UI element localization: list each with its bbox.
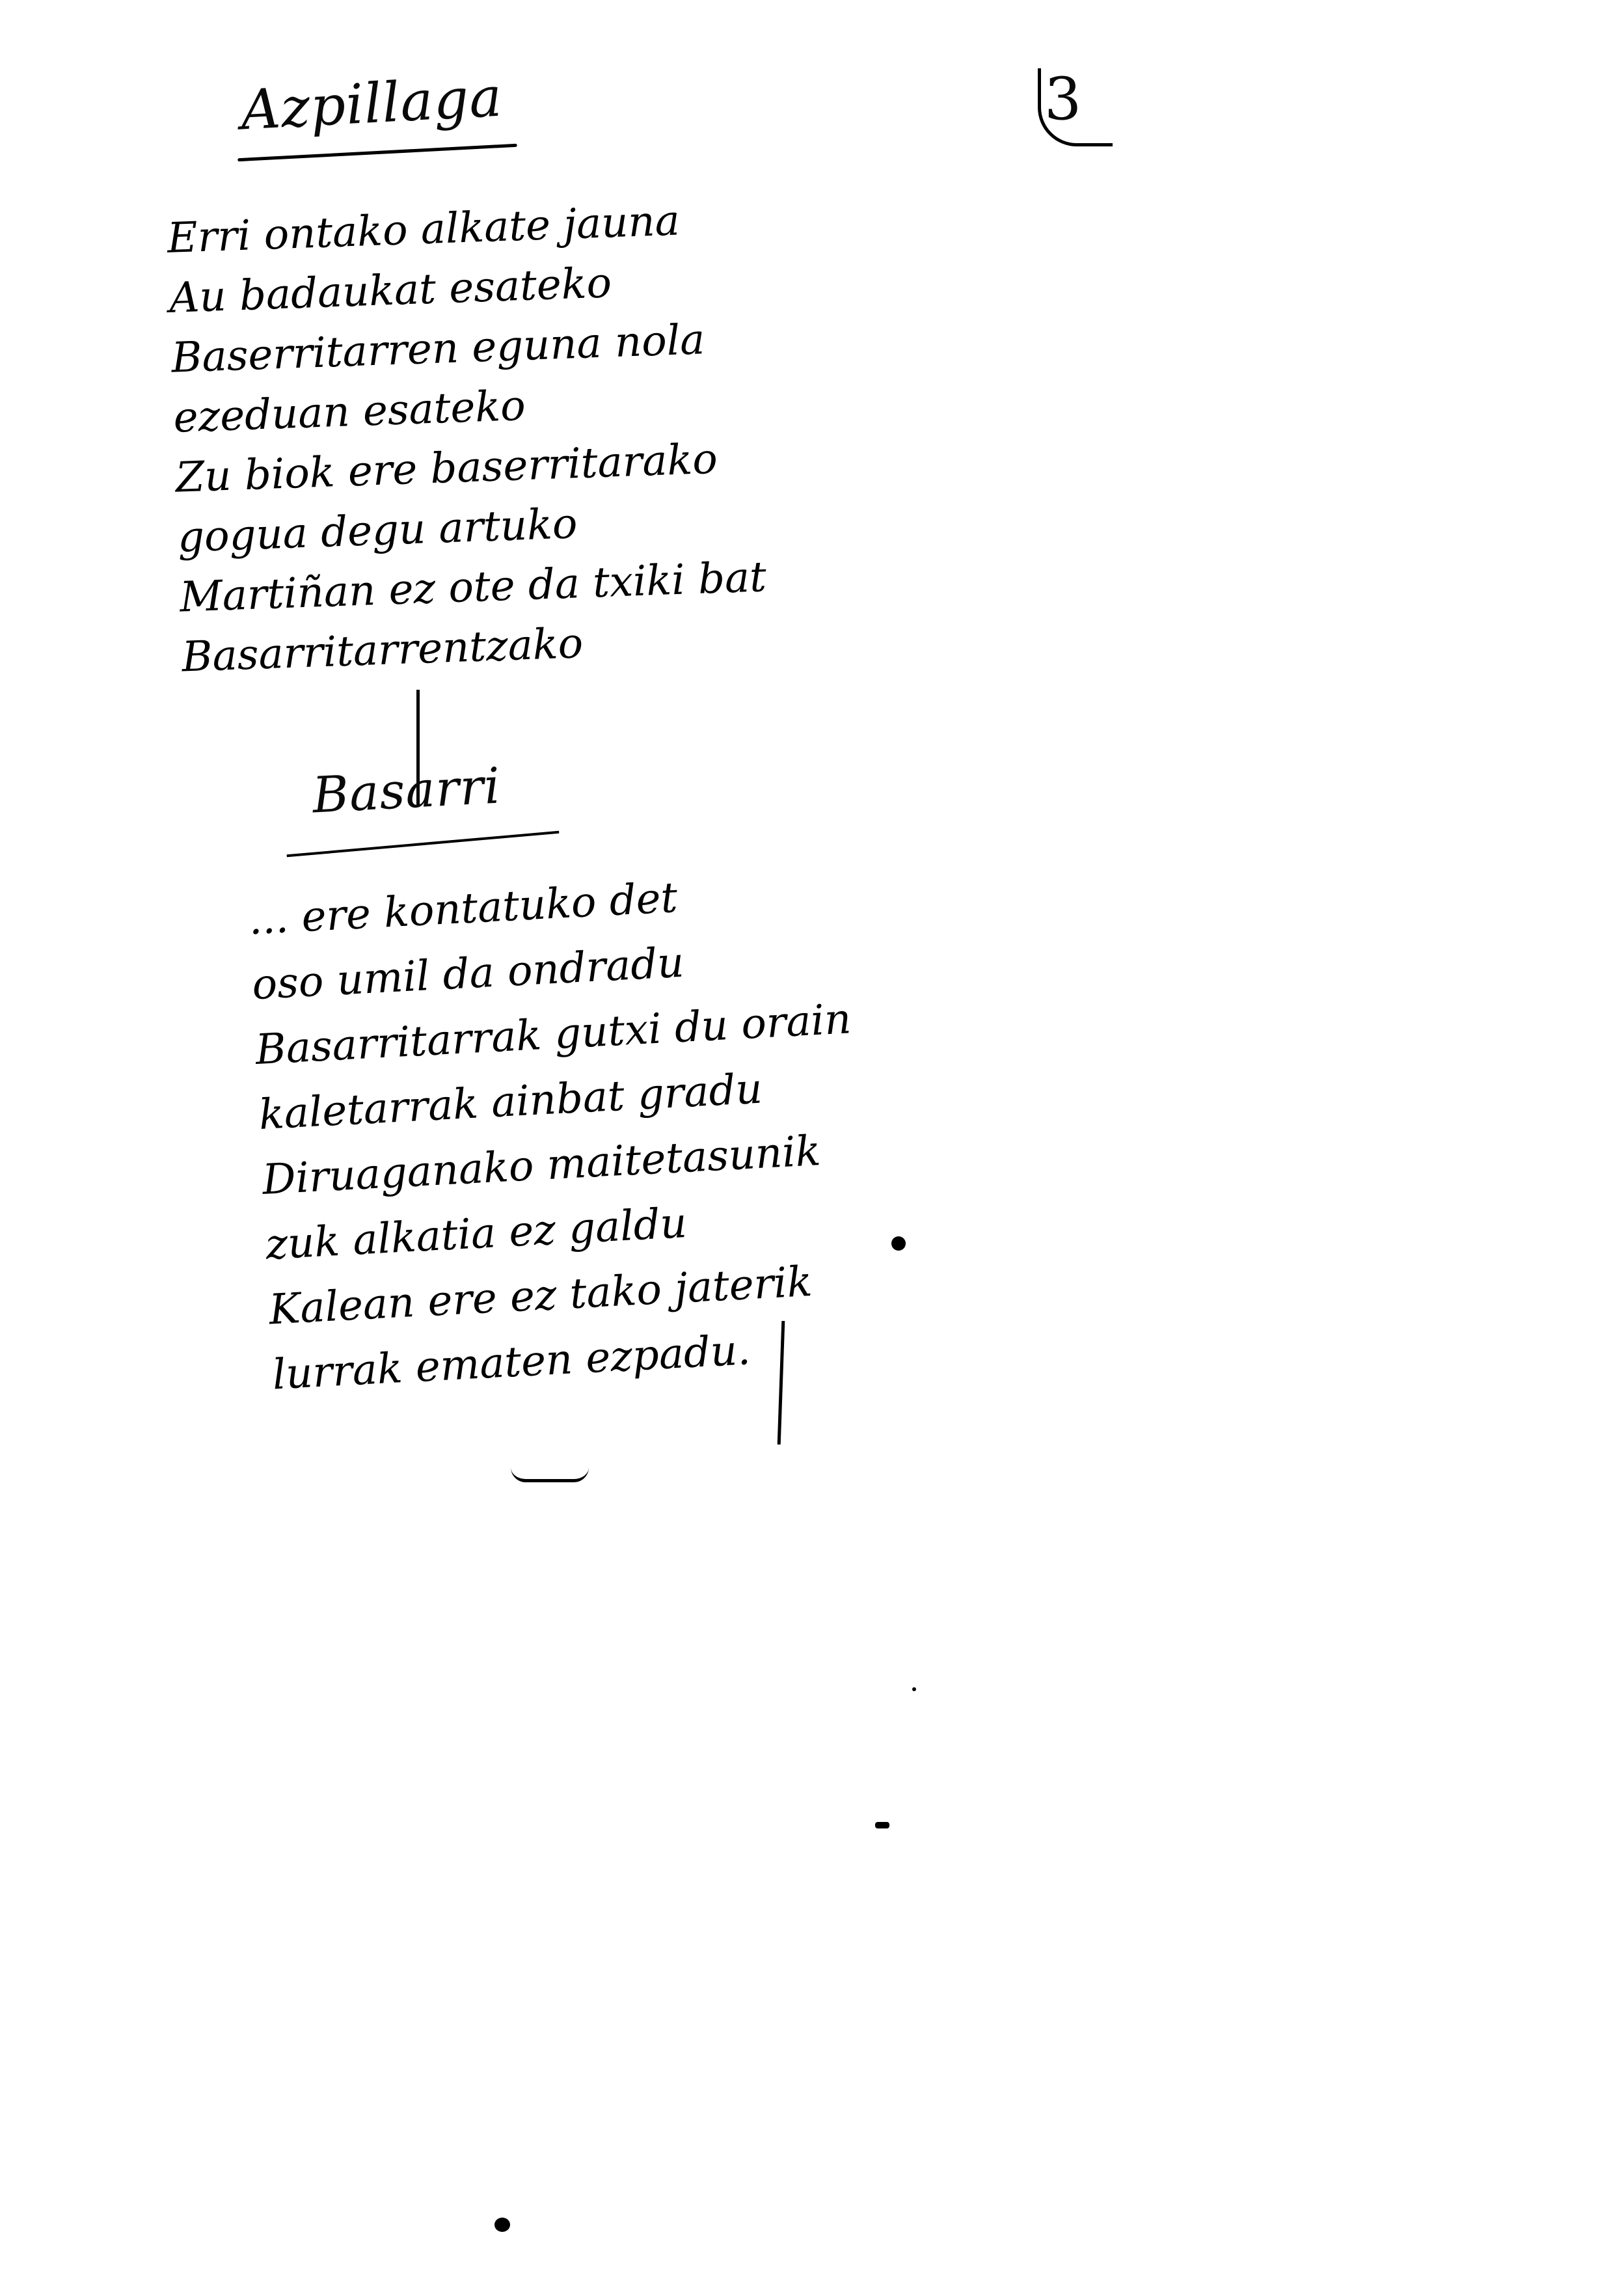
verse-azpillaga: Erri ontako alkate jauna Au badaukat esa… [166,188,769,687]
ink-speck [912,1687,916,1691]
ink-dot [494,2218,510,2232]
end-mark [511,1467,589,1482]
ink-speck [875,1822,889,1828]
heading-underline [287,831,560,858]
speaker-heading-azpillaga: Azpillaga [239,65,504,143]
manuscript-page: Azpillaga 3 Erri ontako alkate jauna Au … [0,0,1624,2282]
speaker-heading-basarri: Basarri [311,756,502,824]
heading-underline [237,144,517,161]
verse-basarri: ... ere kontatuko det oso umil da ondrad… [247,857,870,1408]
page-number: 3 [1044,65,1082,133]
ink-blot [891,1236,906,1251]
